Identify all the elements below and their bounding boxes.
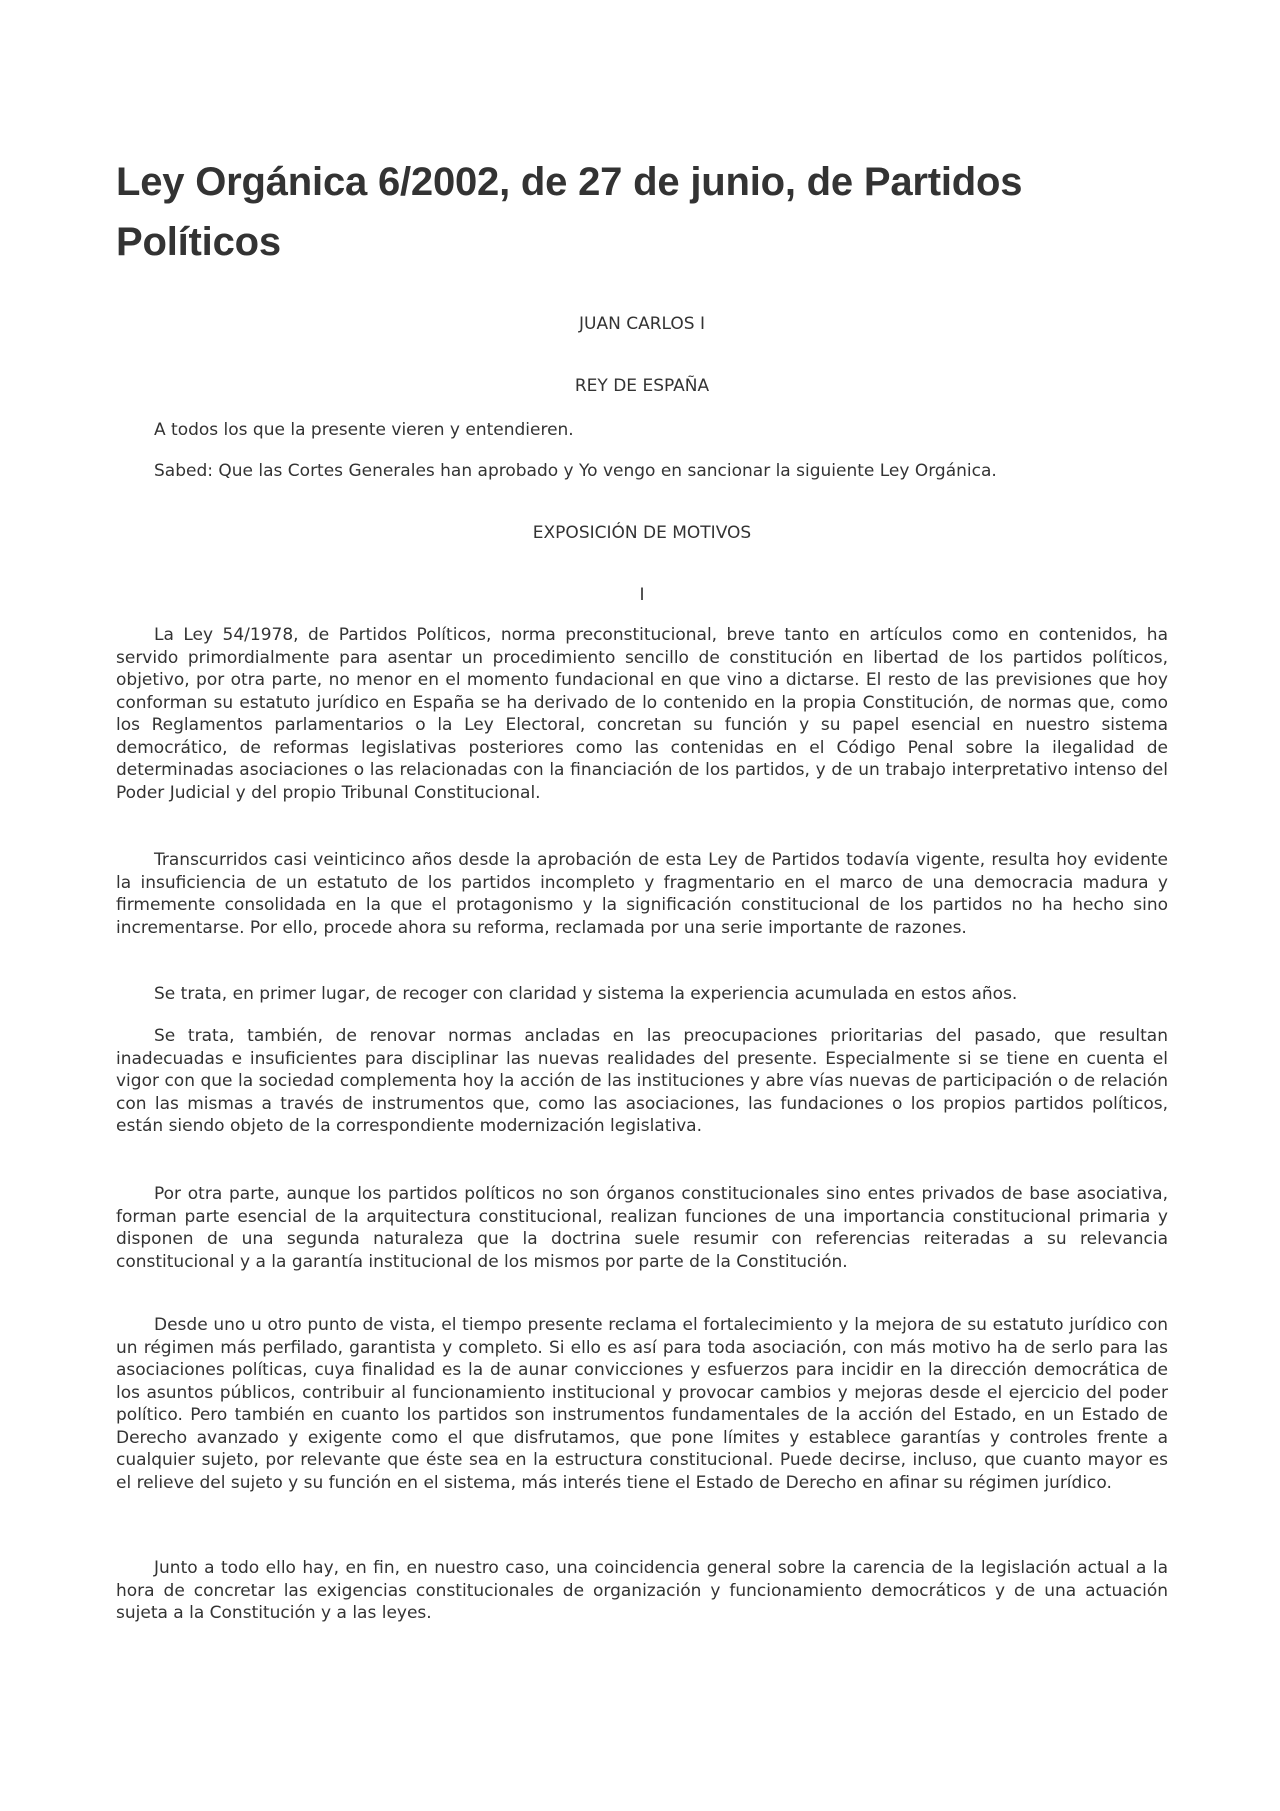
- paragraph-1: La Ley 54/1978, de Partidos Políticos, n…: [116, 624, 1168, 804]
- promulgation-greeting: A todos los que la presente vieren y ent…: [154, 419, 1168, 441]
- document-title: Ley Orgánica 6/2002, de 27 de junio, de …: [116, 152, 1168, 272]
- paragraph-7: Junto a todo ello hay, en fin, en nuestr…: [116, 1557, 1168, 1625]
- monarch-title: REY DE ESPAÑA: [116, 375, 1168, 397]
- paragraph-4: Se trata, también, de renovar normas anc…: [116, 1025, 1168, 1138]
- paragraph-3: Se trata, en primer lugar, de recoger co…: [116, 983, 1168, 1006]
- paragraph-2: Transcurridos casi veinticinco años desd…: [116, 849, 1168, 939]
- monarch-name: JUAN CARLOS I: [116, 313, 1168, 335]
- section-number: I: [116, 584, 1168, 606]
- section-heading: EXPOSICIÓN DE MOTIVOS: [116, 522, 1168, 544]
- paragraph-6: Desde uno u otro punto de vista, el tiem…: [116, 1314, 1168, 1494]
- promulgation-statement: Sabed: Que las Cortes Generales han apro…: [154, 460, 1168, 482]
- paragraph-5: Por otra parte, aunque los partidos polí…: [116, 1183, 1168, 1273]
